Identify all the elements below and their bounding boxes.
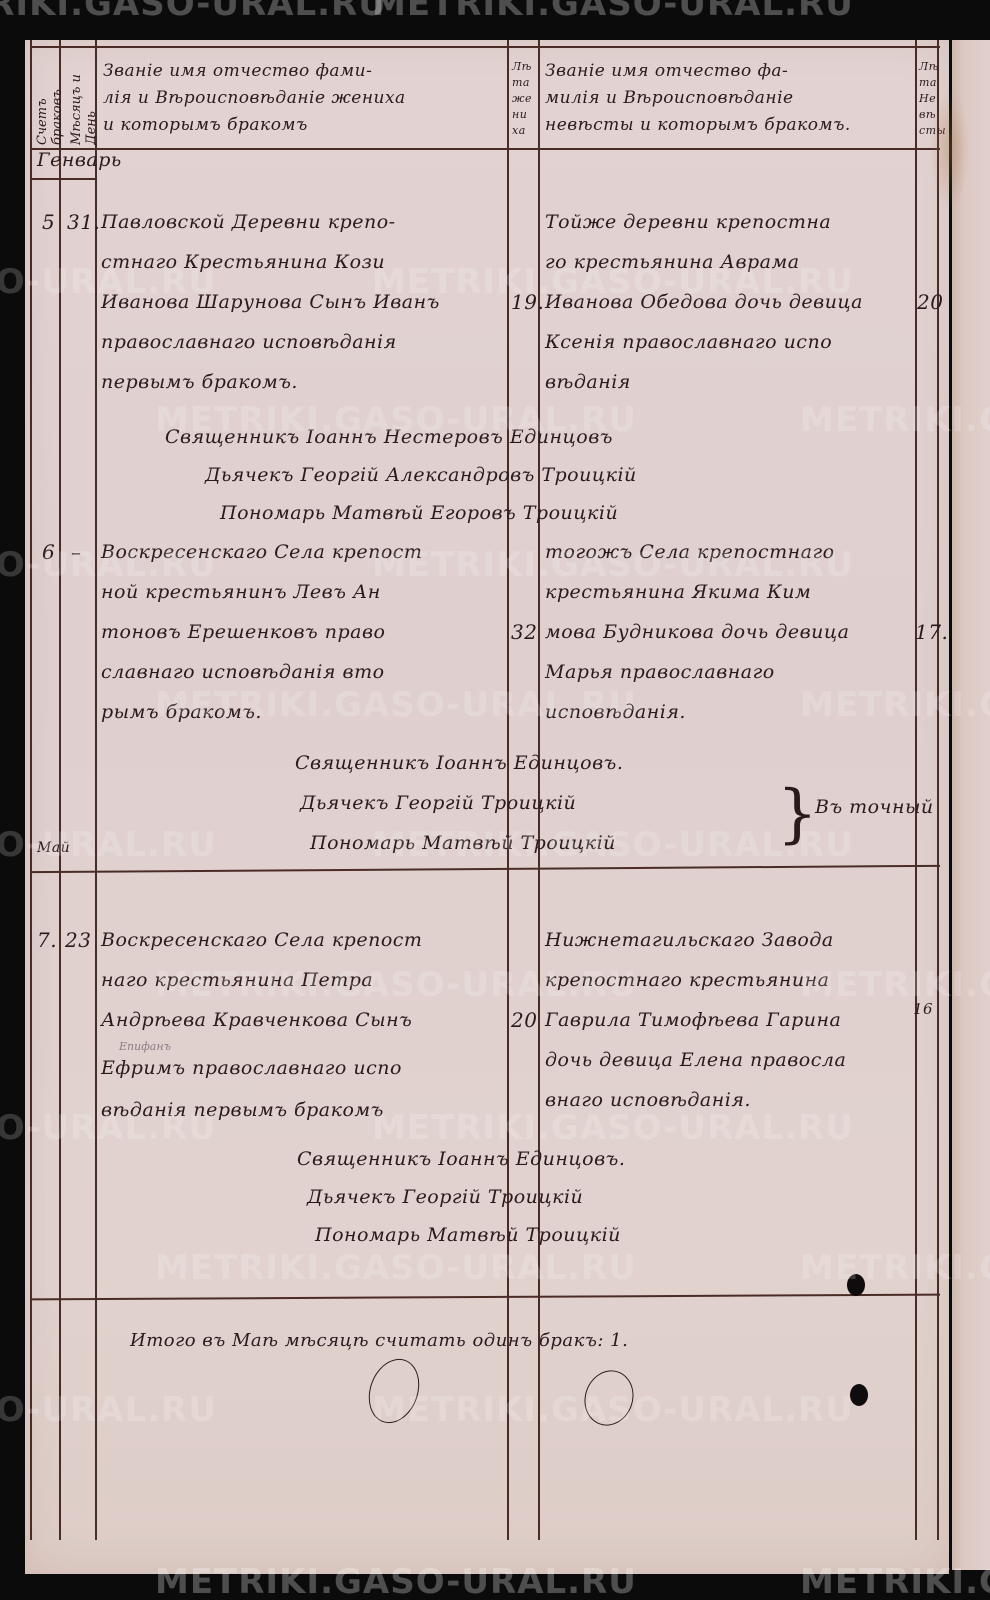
binding-hole-upper — [847, 1274, 865, 1296]
entry-5-bride-line-2: го крестьянина Аврама — [545, 242, 800, 282]
entry-5-bride-line-3: Иванова Обедова дочь девица — [545, 282, 863, 322]
entry-6-bride-line-3: мова Будникова дочь девица — [545, 612, 849, 652]
entry-5-signature-deacon: Дьячекъ Георгій Александровъ Троицкій — [205, 456, 637, 494]
entry-7-bride-line-4: дочь девица Елена правосла — [545, 1040, 846, 1080]
entry-7-bride-line-5: внаго исповѣданія. — [545, 1080, 751, 1120]
entry-6-groom-line-3: тоновъ Ерешенковъ право — [101, 612, 385, 652]
header-groom-age-3: же — [512, 92, 532, 105]
header-bride-line-3: невѣсты и которымъ бракомъ. — [545, 112, 851, 139]
entry-7-bride-line-2: крепостнаго крестьянина — [545, 960, 829, 1000]
entry-5-groom-line-1: Павловской Деревни крепо- — [101, 202, 396, 242]
rule-header-bottom — [30, 148, 940, 150]
entry-6-bride-line-4: Марья православнаго — [545, 652, 775, 692]
header-entry-count: Счетъ браковъ — [35, 50, 65, 145]
register-page: Счетъ браковъ Мѣсяцъ и День Званіе имя о… — [25, 40, 949, 1574]
header-groom-line-3: и которымъ бракомъ — [103, 112, 308, 139]
rule-col-bride-age — [937, 40, 939, 1540]
watermark-top-left: METRIKI.GASO-URAL.RU — [0, 0, 387, 24]
entry-5-number: 5 — [42, 210, 55, 234]
entry-6-day: – — [71, 540, 82, 564]
entry-5-day: 31. — [67, 210, 100, 234]
entry-5-signature-priest: Священникъ Іоаннъ Нестеровъ Единцовъ — [165, 418, 613, 456]
header-groom-line-1: Званіе имя отчество фами- — [103, 58, 372, 85]
entry-6-groom-line-4: славнаго исповѣданія вто — [101, 652, 385, 692]
header-month-day: Мѣсяцъ и День — [69, 50, 99, 145]
entry-5-groom-line-2: стнаго Крестьянина Кози — [101, 242, 385, 282]
header-bride-line-2: милія и Вѣроисповѣданіе — [545, 85, 794, 112]
entry-7-groom-line-4: Ефримъ православнаго испо — [101, 1048, 402, 1088]
entry-7-groom-age: 20 — [511, 1008, 537, 1032]
entry-7-bride-line-1: Нижнетагильскаго Завода — [545, 920, 834, 960]
entry-7-bride-age: 16 — [913, 1000, 933, 1018]
flourish-right — [577, 1363, 641, 1432]
entry-6-bride-age: 17. — [915, 620, 948, 644]
entry-5-groom-line-5: первымъ бракомъ. — [101, 362, 298, 402]
rule-top — [30, 46, 940, 48]
entry-7-signature-priest: Священникъ Іоаннъ Единцовъ. — [297, 1140, 625, 1178]
rule-col-left-edge — [30, 40, 32, 1540]
entry-7-groom-line-2: наго крестьянина Петра — [101, 960, 373, 1000]
entry-7-number: 7. — [37, 928, 57, 952]
entry-6-bride-line-2: крестьянина Якима Ким — [545, 572, 811, 612]
entry-7-groom-line-1: Воскресенскаго Села крепост — [101, 920, 422, 960]
entry-6-groom-line-2: ной крестьянинъ Левъ Ан — [101, 572, 381, 612]
entry-6-groom-line-5: рымъ бракомъ. — [101, 692, 262, 732]
entry-7-groom-line-3: Андрѣева Кравченкова Сынъ — [101, 1000, 412, 1040]
entry-5-groom-age: 19. — [511, 290, 544, 314]
watermark-top-center: METRIKI.GASO-URAL.RU — [372, 0, 854, 24]
header-groom-age-5: ха — [512, 124, 526, 137]
rule-month-may — [30, 865, 940, 873]
entry-7-signature-deacon: Дьячекъ Георгій Троицкій — [307, 1178, 583, 1216]
entry-7-signature-sexton: Пономарь Матвѣй Троицкій — [315, 1216, 621, 1254]
header-bride-age-2: та — [919, 76, 937, 89]
entry-6-signature-priest: Священникъ Іоаннъ Единцовъ. — [295, 744, 623, 782]
entry-5-groom-line-3: Иванова Шарунова Сынъ Иванъ — [101, 282, 440, 322]
entry-5-bride-line-5: вѣданія — [545, 362, 631, 402]
entry-6-groom-age: 32 — [511, 620, 537, 644]
entry-7-day: 23 — [65, 928, 91, 952]
entry-6-signature-sexton: Пономарь Матвѣй Троицкій — [310, 824, 616, 862]
entry-5-bride-line-1: Тойже деревни крепостна — [545, 202, 831, 242]
header-groom-age-4: ни — [512, 108, 527, 121]
entry-6-bride-line-1: тогожъ Села крепостнаго — [545, 532, 835, 572]
brace-symbol: } — [777, 782, 818, 846]
entry-5-groom-line-4: православнаго исповѣданія — [101, 322, 397, 362]
header-bride-line-1: Званіе имя отчество фа- — [545, 58, 788, 85]
entry-5-bride-line-4: Ксенія православнаго испо — [545, 322, 832, 362]
paper-stain — [930, 90, 970, 210]
entry-6-number: 6 — [42, 540, 55, 564]
header-groom-age-1: Лѣ — [512, 60, 532, 73]
binding-hole-lower — [850, 1384, 868, 1406]
entry-7-groom-line-5: вѣданія первымъ бракомъ — [101, 1090, 384, 1130]
entry-5-signature-sexton: Пономарь Матвѣй Егоровъ Троицкій — [220, 494, 618, 532]
flourish-left — [360, 1352, 428, 1430]
adjacent-page-edge — [952, 40, 990, 1570]
header-bride-age-1: Лѣ — [919, 60, 939, 73]
summary-total: Итого въ Маѣ мѣсяцѣ считать одинъ бракъ:… — [130, 1322, 628, 1360]
month-label-january: Генварь — [37, 140, 122, 180]
header-groom-line-2: лія и Вѣроисповѣданіе жениха — [103, 85, 406, 112]
entry-6-bride-line-5: исповѣданія. — [545, 692, 686, 732]
entry-6-signature-deacon: Дьячекъ Георгій Троицкій — [300, 784, 576, 822]
entry-6-brace-note: Въ точный — [815, 788, 934, 826]
month-label-may: Май — [37, 840, 70, 856]
entry-5-bride-age: 20 — [917, 290, 943, 314]
entry-6-groom-line-1: Воскресенскаго Села крепост — [101, 532, 422, 572]
rule-col-number — [59, 40, 61, 1540]
entry-7-bride-line-3: Гаврила Тимофѣева Гарина — [545, 1000, 841, 1040]
rule-col-day — [95, 40, 97, 1540]
rule-summary — [30, 1294, 940, 1300]
header-groom-age-2: та — [512, 76, 530, 89]
